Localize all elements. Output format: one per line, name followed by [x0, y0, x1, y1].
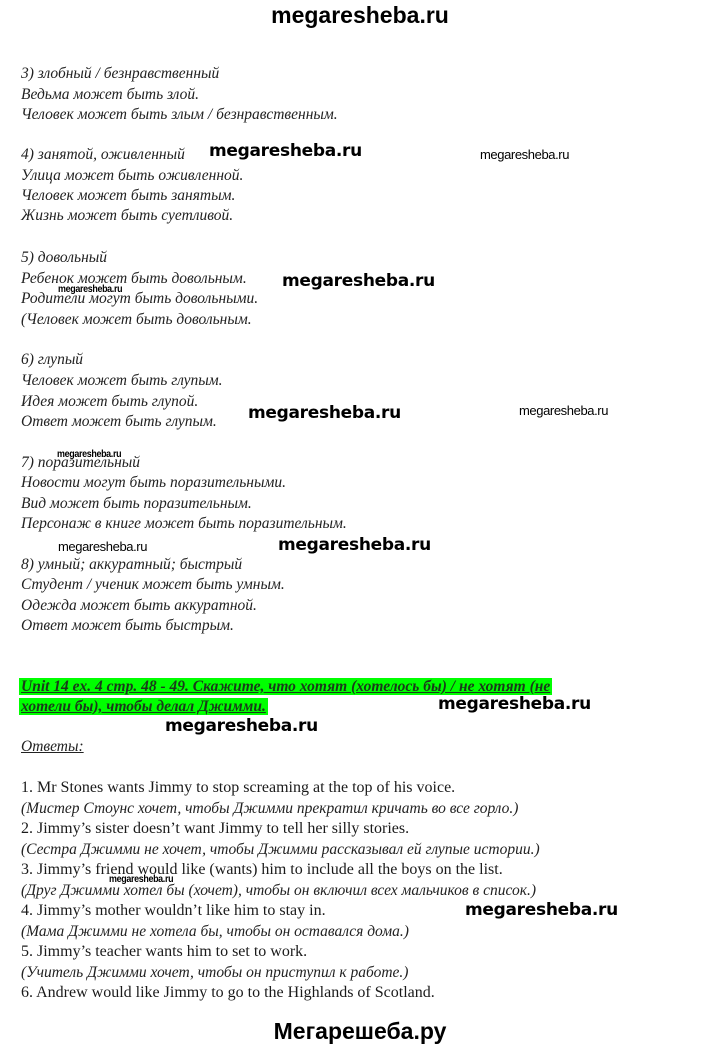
watermark: megaresheba.ru [438, 694, 591, 714]
section-title: 5) довольный [21, 249, 107, 267]
section-title: 6) глупый [21, 351, 83, 369]
section-title: 4) занятой, оживленный [21, 146, 185, 164]
answer-ru: (Сестра Джимми не хочет, чтобы Джимми ра… [21, 841, 540, 859]
answers-label: Ответы: [21, 738, 84, 756]
section-line: Вид может быть поразительным. [21, 495, 252, 513]
section-line: Ребенок может быть довольным. [21, 270, 247, 288]
site-header-watermark: megaresheba.ru [0, 2, 720, 29]
section-title: 8) умный; аккуратный; быстрый [21, 556, 242, 574]
answer-en: 2. Jimmy’s sister doesn’t want Jimmy to … [21, 820, 409, 838]
watermark: megaresheba.ru [165, 716, 318, 736]
section-line: Студент / ученик может быть умным. [21, 576, 285, 594]
section-line: Человек может быть злым / безнравственны… [21, 106, 338, 124]
section-line: Родители могут быть довольными. [21, 290, 258, 308]
task-heading-line-1: Unit 14 ex. 4 стр. 48 - 49. Скажите, что… [19, 678, 552, 695]
section-line: (Человек может быть довольным. [21, 311, 252, 329]
watermark: megaresheba.ru [58, 283, 122, 295]
watermark: megaresheba.ru [480, 147, 569, 162]
watermark: megaresheba.ru [58, 539, 147, 554]
section-line: Жизнь может быть суетливой. [21, 207, 233, 225]
section-line: Человек может быть глупым. [21, 372, 223, 390]
watermark: megaresheba.ru [248, 403, 401, 423]
answer-ru: (Друг Джимми хотел бы (хочет), чтобы он … [21, 882, 536, 900]
answer-en: 5. Jimmy’s teacher wants him to set to w… [21, 943, 307, 961]
section-line: Ответ может быть глупым. [21, 413, 217, 431]
answer-ru: (Мистер Стоунс хочет, чтобы Джимми прекр… [21, 800, 518, 818]
answer-ru: (Учитель Джимми хочет, чтобы он приступи… [21, 964, 408, 982]
section-title: 3) злобный / безнравственный [21, 65, 219, 83]
section-line: Ответ может быть быстрым. [21, 617, 234, 635]
watermark: megaresheba.ru [57, 448, 121, 460]
task-heading-line-2: хотели бы), чтобы делал Джимми. [19, 698, 268, 715]
watermark: megaresheba.ru [282, 271, 435, 291]
section-line: Человек может быть занятым. [21, 187, 235, 205]
site-footer-watermark: Мегарешеба.ру [0, 1018, 720, 1045]
section-line: Новости могут быть поразительными. [21, 474, 286, 492]
watermark: megaresheba.ru [278, 535, 431, 555]
watermark: megaresheba.ru [519, 403, 608, 418]
section-line: Идея может быть глупой. [21, 393, 198, 411]
answer-ru: (Мама Джимми не хотела бы, чтобы он оста… [21, 923, 409, 941]
answer-en: 6. Andrew would like Jimmy to go to the … [21, 984, 435, 1002]
watermark: megaresheba.ru [109, 873, 173, 885]
answer-en: 3. Jimmy’s friend would like (wants) him… [21, 861, 503, 879]
section-line: Одежда может быть аккуратной. [21, 597, 257, 615]
section-line: Улица может быть оживленной. [21, 167, 243, 185]
section-line: Персонаж в книге может быть поразительны… [21, 515, 347, 533]
section-line: Ведьма может быть злой. [21, 86, 199, 104]
answer-en: 4. Jimmy’s mother wouldn’t like him to s… [21, 902, 326, 920]
answer-en: 1. Mr Stones wants Jimmy to stop screami… [21, 779, 455, 797]
watermark: megaresheba.ru [465, 900, 618, 920]
watermark: megaresheba.ru [209, 141, 362, 161]
